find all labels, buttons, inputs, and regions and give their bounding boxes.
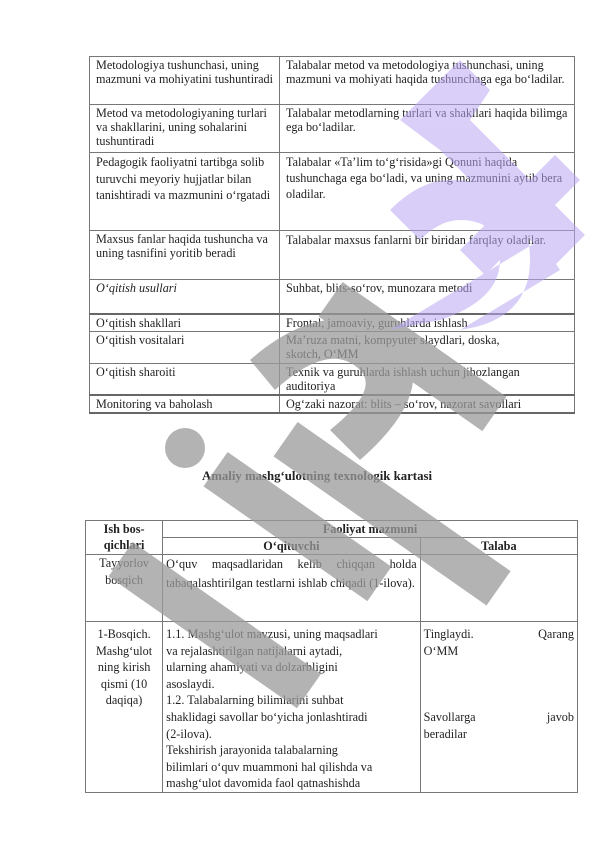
teacher-text-line: va rejalashtirilgan natijalarni aytadi, [166, 643, 417, 660]
technology-map-table: Ish bos-qichlari Faoliyat mazmuni O‘qitu… [85, 520, 578, 793]
methods-table: Metodologiya tushunchasi, uning mazmuni … [89, 56, 575, 414]
table-cell: Texnik va guruhlarda ishlash uchun jihoz… [280, 363, 575, 395]
table-cell: O‘qitish shakllari [90, 314, 280, 332]
teacher-text-line: ularning ahamiyati va dolzarbligini [166, 659, 417, 676]
table-cell: O‘qitish sharoiti [90, 363, 280, 395]
table-row: O‘qitish sharoiti Texnik va guruhlarda i… [90, 363, 575, 395]
student-word: Savollarga [424, 709, 476, 726]
student-text-line: Savollarga javob [424, 709, 574, 726]
teacher-text-line: bilimlari o‘quv muammoni hal qilishda va [166, 759, 417, 776]
student-text-line: beradilar [424, 726, 574, 743]
table-row: Metodologiya tushunchasi, uning mazmuni … [90, 57, 575, 105]
table-cell: Metodologiya tushunchasi, uning mazmuni … [90, 57, 280, 105]
teacher-text-line: asoslaydi. [166, 676, 417, 693]
table-cell: Metod va metodologiyaning turlari va sha… [90, 105, 280, 153]
table-cell: Talabalar «Ta’lim to‘g‘risida»gi Qonuni … [280, 153, 575, 231]
teacher-text-line: 1.1. Mashg‘ulot mavzusi, uning maqsadlar… [166, 626, 417, 643]
student-word: javob [547, 709, 574, 726]
student-text-line: Tinglaydi. Qarang [424, 626, 574, 643]
student-word: Qarang [538, 626, 574, 643]
table-row: Maxsus fanlar haqida tushuncha va uning … [90, 231, 575, 280]
teacher-text-line: shaklidagi savollar bo‘yicha jonlashtira… [166, 709, 417, 726]
header-activity: Faoliyat mazmuni [163, 521, 578, 538]
student-word: Tinglaydi. [424, 626, 474, 643]
header-row: Ish bos-qichlari Faoliyat mazmuni [86, 521, 578, 538]
table-cell: O‘qitish usullari [90, 280, 280, 314]
teacher-cell: 1.1. Mashg‘ulot mavzusi, uning maqsadlar… [163, 622, 421, 793]
table-row: 1-Bosqich. Mashg‘ulot ning kirish qismi … [86, 622, 578, 793]
table-row: O‘qitish usullari Suhbat, blits-so‘rov, … [90, 280, 575, 314]
table-row: Monitoring va baholash Og‘zaki nazorat: … [90, 395, 575, 413]
section-title-text: Amaliy mashg‘ulotning texnologik kartasi [202, 469, 432, 483]
stage-cell: Tayyorlov bosqich [86, 555, 163, 622]
table-cell: Frontal, jamoaviy, guruhlarda ishlash [280, 314, 575, 332]
teacher-cell: O‘quv maqsadlaridan kelib chiqqan holda … [163, 555, 421, 622]
table-row: O‘qitish shakllari Frontal, jamoaviy, gu… [90, 314, 575, 332]
table-cell: Suhbat, blits-so‘rov, munozara metodi [280, 280, 575, 314]
student-cell: Tinglaydi. Qarang O‘MM Savollarga javob … [420, 622, 577, 793]
table-cell: Pedagogik faoliyatni tartibga solib turu… [90, 153, 280, 231]
student-text-line: O‘MM [424, 643, 574, 660]
methods-label: O‘qitish usullari [96, 281, 177, 295]
header-stages: Ish bos-qichlari [86, 521, 163, 555]
section-title: Amaliy mashg‘ulotning texnologik kartasi [0, 469, 596, 484]
table-cell: Maxsus fanlar haqida tushuncha va uning … [90, 231, 280, 280]
table-row: O‘qitish vositalari Ma’ruza matni, kompy… [90, 331, 575, 363]
table-row: Pedagogik faoliyatni tartibga solib turu… [90, 153, 575, 231]
table-row: Tayyorlov bosqich O‘quv maqsadlaridan ke… [86, 555, 578, 622]
table-cell: Talabalar metodlarning turlari va shakll… [280, 105, 575, 153]
table-cell: Talabalar maxsus fanlarni bir biridan fa… [280, 231, 575, 280]
teacher-text-line: (2-ilova). [166, 726, 417, 743]
document-page: Metodologiya tushunchasi, uning mazmuni … [0, 0, 596, 842]
teacher-text-line: Tekshirish jarayonida talabalarning [166, 742, 417, 759]
student-cell [420, 555, 577, 622]
table-cell: Talabalar metod va metodologiya tushunch… [280, 57, 575, 105]
teacher-text-line: 1.2. Talabalarning bilimlarini suhbat [166, 692, 417, 709]
table-cell: Ma’ruza matni, kompyuter slaydlari, dosk… [280, 331, 575, 363]
table-row: Metod va metodologiyaning turlari va sha… [90, 105, 575, 153]
header-teacher: O‘qituvchi [163, 538, 421, 555]
header-student: Talaba [420, 538, 577, 555]
stage-cell: 1-Bosqich. Mashg‘ulot ning kirish qismi … [86, 622, 163, 793]
table-cell: Monitoring va baholash [90, 395, 280, 413]
table-cell: O‘qitish vositalari [90, 331, 280, 363]
teacher-text-line: mashg‘ulot davomida faol qatnashishda [166, 775, 417, 792]
table-cell: Og‘zaki nazorat: blits – so‘rov, nazorat… [280, 395, 575, 413]
